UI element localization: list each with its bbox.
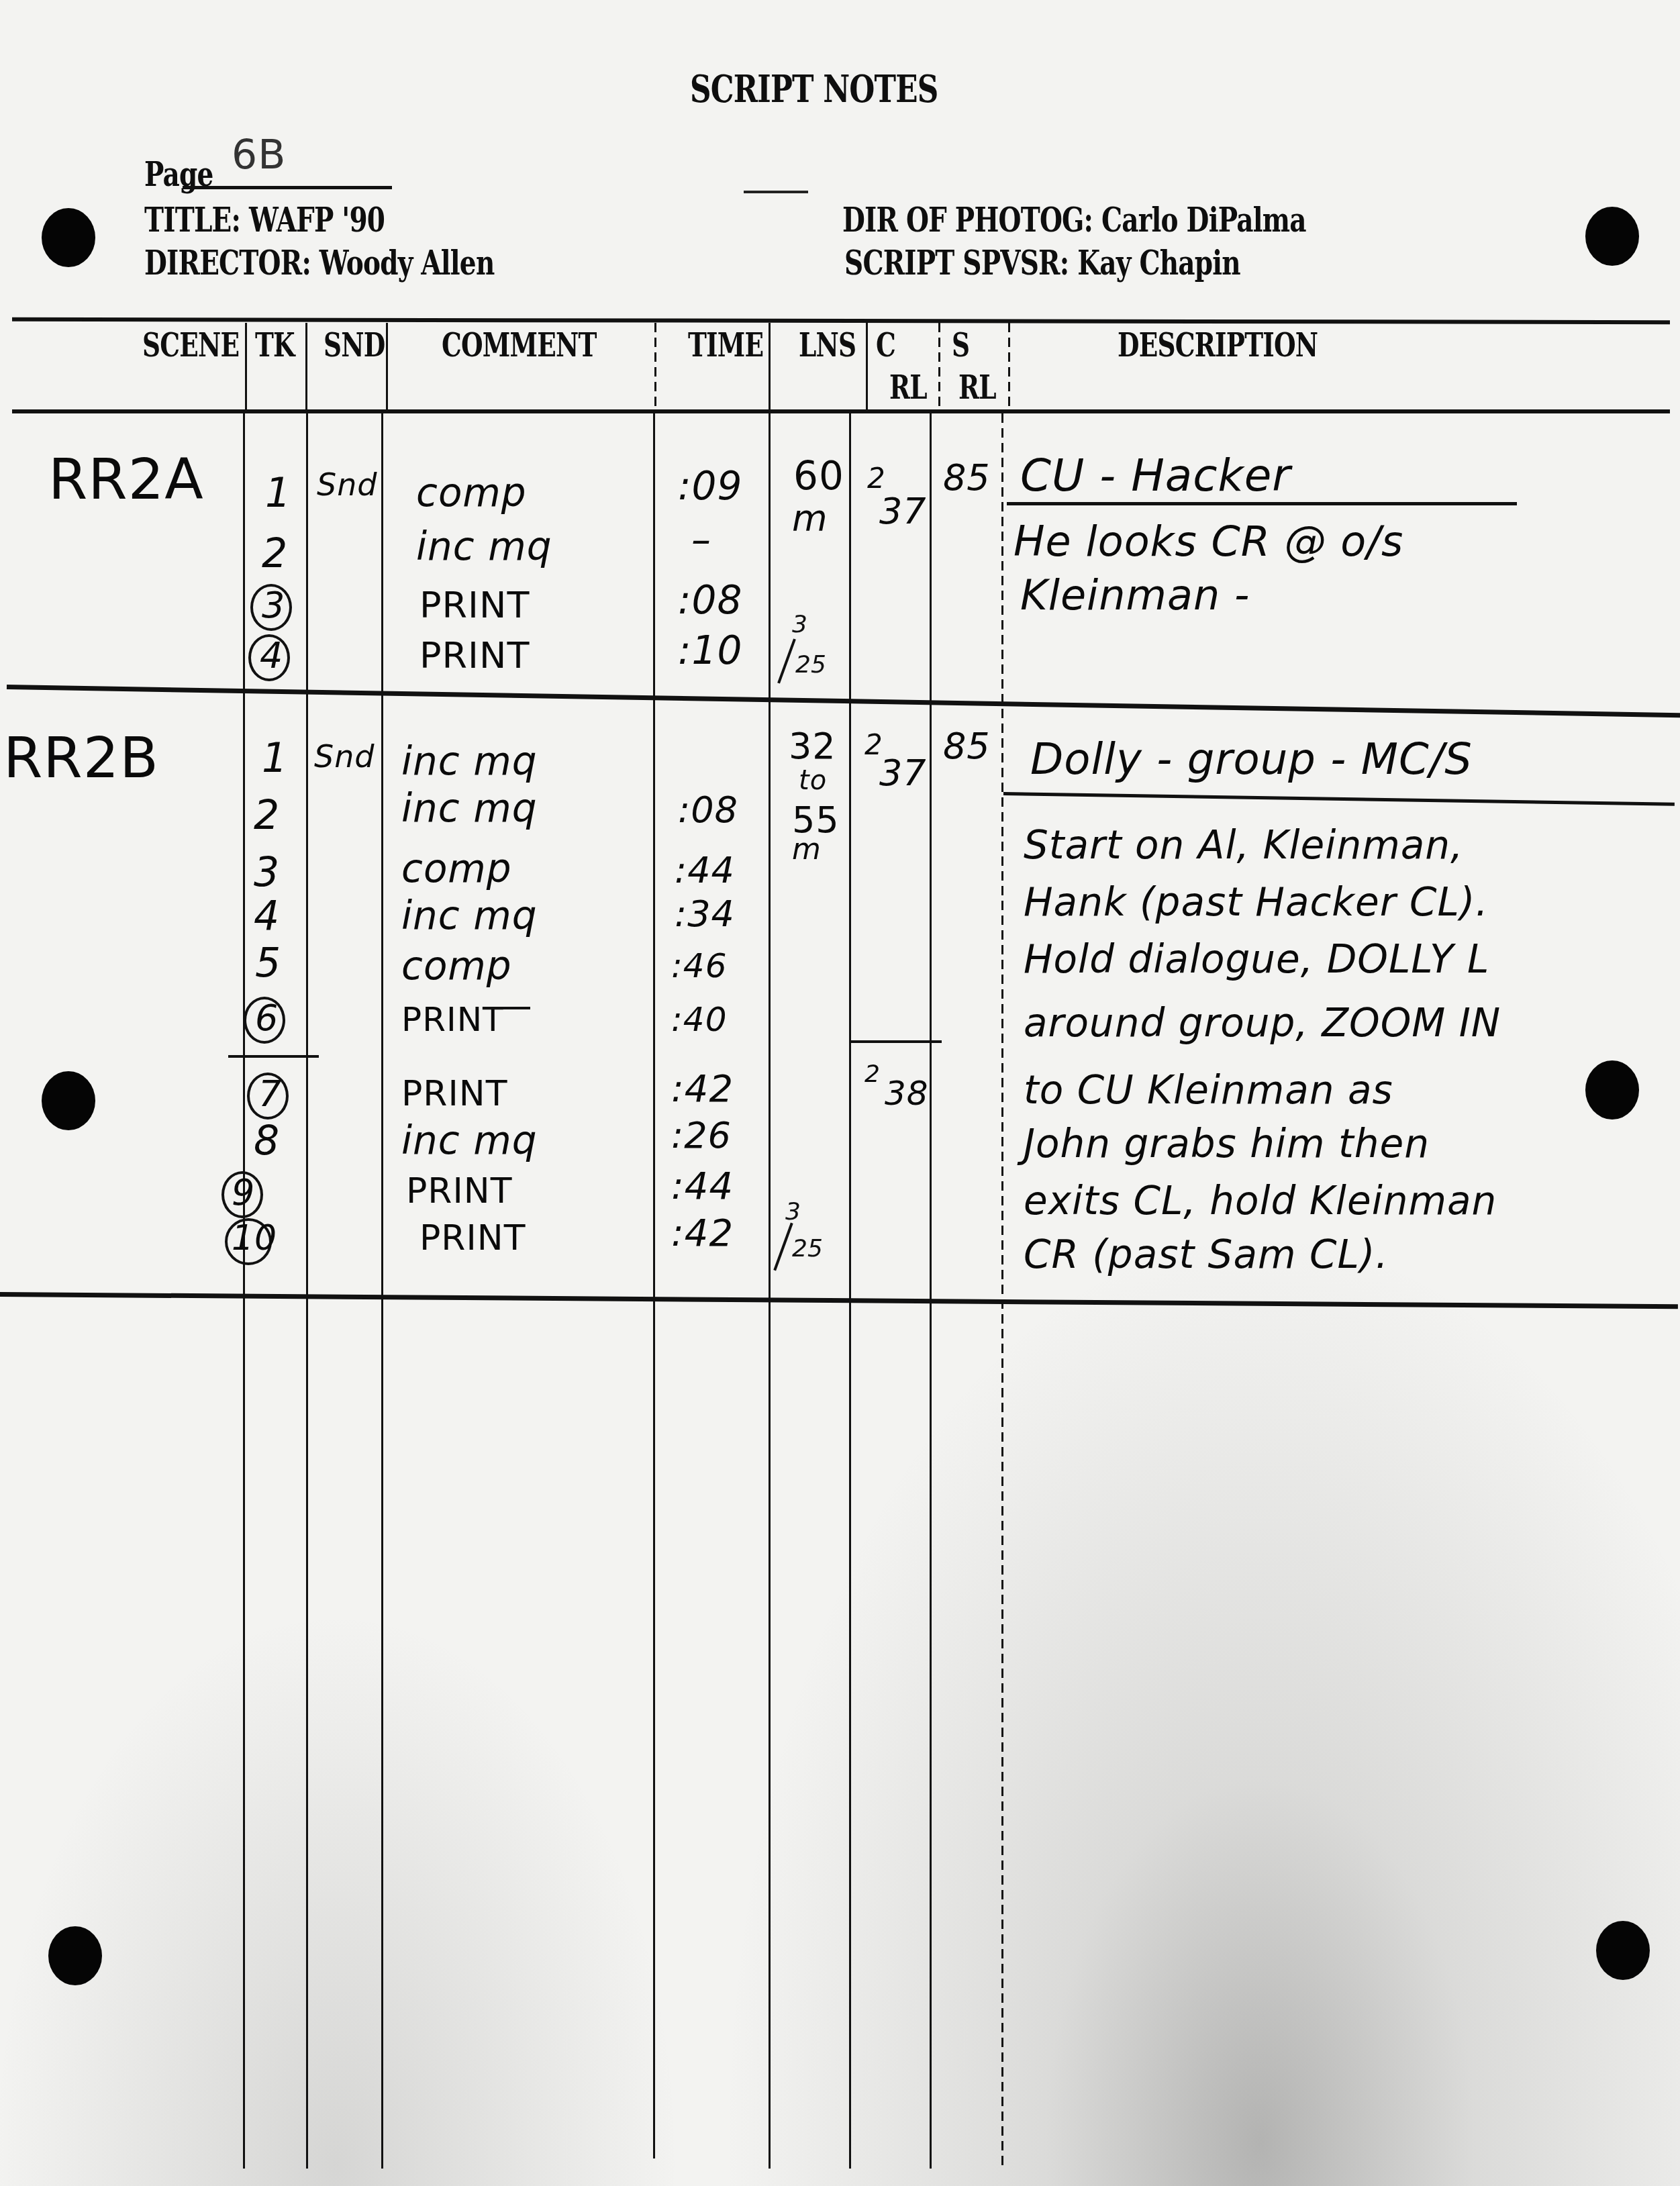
description-heading-underline: [1007, 502, 1517, 505]
punch-hole-mid-left: [42, 1071, 95, 1130]
take-time: :26: [671, 1114, 732, 1156]
col-divider-scene-take: [243, 413, 245, 2169]
take-comment: comp: [416, 470, 527, 515]
director-field: DIRECTOR: Woody Allen: [144, 243, 494, 283]
header-col-divider: [938, 323, 940, 410]
header-col-divider: [245, 323, 247, 410]
header-col-divider: [386, 323, 388, 410]
description-line: He looks CR @ o/s: [1014, 517, 1403, 566]
take-comment: PRINT: [419, 1218, 526, 1258]
comment-overline: [483, 1007, 530, 1009]
header-col-divider: [769, 323, 771, 410]
table-header-bottom-rule: [12, 409, 1670, 413]
director-value: Woody Allen: [319, 243, 495, 283]
take-comment: PRINT: [401, 1000, 504, 1039]
document-title: SCRIPT NOTES: [690, 67, 938, 111]
punch-hole-mid-right: [1585, 1060, 1639, 1120]
sound-mark: Snd: [317, 466, 378, 503]
col-divider-time-lens: [769, 413, 771, 2169]
lens-unit: m: [792, 497, 828, 539]
fraction-denominator: 25: [792, 1235, 823, 1262]
take-number: 6: [255, 997, 279, 1039]
fraction-numerator: 3: [792, 611, 807, 638]
title-label: TITLE:: [144, 200, 240, 240]
col-divider-sound-comment: [381, 413, 383, 2169]
take-comment: PRINT: [401, 1074, 508, 1114]
take-comment: inc mq: [401, 785, 538, 831]
dop-field: DIR OF PHOTOG: Carlo DiPalma: [842, 200, 1306, 240]
description-line: to CU Kleinman as: [1024, 1067, 1393, 1113]
take-comment: comp: [401, 943, 512, 989]
take-comment: comp: [401, 846, 512, 891]
description-line: Start on Al, Kleinman,: [1024, 822, 1463, 868]
take-time: :34: [675, 893, 735, 935]
punch-hole-top-right: [1585, 207, 1639, 266]
header-col-divider: [654, 323, 656, 410]
take-time: :42: [671, 1211, 734, 1255]
col-header-c-bottom: RL: [889, 369, 927, 407]
col-header-s-bottom: RL: [958, 369, 996, 407]
lens-value: 60: [793, 453, 844, 499]
take-comment: inc mq: [401, 738, 538, 784]
supervisor-label: SCRIPT SPVSR:: [844, 243, 1069, 283]
description-line: Hold dialogue, DOLLY L: [1024, 936, 1489, 982]
take-number: 10: [232, 1218, 277, 1258]
take-time: :46: [671, 946, 727, 985]
take-number: 7: [258, 1073, 282, 1115]
col-divider-sroll-description: [1001, 413, 1003, 2169]
take-number: 5: [255, 940, 281, 987]
take-comment: PRINT: [419, 634, 530, 677]
lens-value: 32: [789, 725, 836, 767]
camera-roll: 37: [879, 752, 927, 794]
description-heading: CU - Hacker: [1020, 450, 1291, 501]
take-comment: inc mq: [401, 893, 538, 938]
take-comment: PRINT: [419, 584, 530, 626]
take-number: 1: [265, 470, 291, 517]
header-col-divider: [866, 323, 868, 410]
description-heading: Dolly - group - MC/S: [1030, 735, 1473, 785]
col-header-scene: SCENE: [142, 327, 239, 364]
take-time: :10: [678, 628, 742, 673]
take-time: :09: [678, 463, 742, 509]
col-divider-lens-croll: [849, 413, 851, 2169]
camera-roll: 37: [879, 490, 927, 532]
take-number: 9: [232, 1171, 255, 1213]
take-comment: inc mq: [401, 1117, 538, 1163]
take-comment: inc mq: [416, 524, 552, 569]
col-divider-croll-sroll: [930, 413, 932, 2169]
take-time: :40: [671, 1000, 727, 1039]
take-time: :44: [671, 1164, 734, 1208]
description-line: John grabs him then: [1024, 1121, 1430, 1166]
take-number: 3: [254, 849, 280, 896]
supervisor-value: Kay Chapin: [1077, 243, 1240, 283]
col-header-lens: LNS: [799, 327, 856, 364]
col-divider-comment-time: [653, 413, 655, 2158]
col-header-time: TIME: [688, 327, 763, 364]
scene-id: RR2A: [48, 446, 204, 512]
col-header-s-top: S: [952, 327, 969, 364]
camera-roll-2: 38: [885, 1074, 929, 1113]
take-time: –: [691, 517, 711, 562]
fraction-denominator: 25: [795, 651, 826, 679]
supervisor-field: SCRIPT SPVSR: Kay Chapin: [844, 243, 1240, 283]
fraction-numerator: 3: [785, 1198, 801, 1226]
take-group-divider: [228, 1055, 319, 1058]
page-underline: [183, 186, 392, 189]
title-field: TITLE: WAFP '90: [144, 200, 385, 240]
sound-roll: 85: [943, 725, 991, 767]
header-col-divider: [1008, 323, 1010, 410]
title-value: WAFP '90: [249, 200, 385, 240]
sound-mark: Snd: [314, 738, 375, 775]
take-comment: PRINT: [406, 1171, 513, 1211]
dop-value: Carlo DiPalma: [1101, 200, 1306, 240]
col-header-c-top: C: [876, 327, 895, 364]
col-header-description: DESCRIPTION: [1118, 327, 1318, 364]
header-col-divider: [305, 323, 307, 410]
take-time: :08: [678, 789, 738, 831]
take-number: 4: [254, 893, 280, 940]
col-header-sound: SND: [324, 327, 385, 364]
description-line: exits CL, hold Kleinman: [1024, 1178, 1497, 1224]
col-header-comment: COMMENT: [442, 327, 596, 364]
sound-roll: 85: [943, 456, 991, 499]
take-number: 3: [262, 584, 285, 626]
take-time: :08: [678, 577, 742, 623]
dop-label: DIR OF PHOTOG:: [842, 200, 1093, 240]
col-header-take: TK: [255, 327, 295, 364]
stray-mark: [744, 191, 808, 193]
punch-hole-bottom-left: [48, 1926, 102, 1985]
take-number: 1: [262, 735, 288, 782]
description-line: around group, ZOOM IN: [1024, 1000, 1501, 1046]
page-value: 6B: [232, 132, 286, 179]
lens-unit: m: [792, 832, 822, 866]
camera-roll-2-sup: 2: [864, 1060, 881, 1088]
scene-id: RR2B: [3, 725, 159, 791]
take-number: 2: [262, 530, 288, 577]
take-number: 2: [254, 792, 280, 839]
description-line: Kleinman -: [1020, 570, 1250, 619]
take-time: :42: [671, 1067, 734, 1111]
lens-to: to: [799, 765, 827, 796]
take-number: 4: [260, 634, 283, 677]
col-divider-take-sound: [306, 413, 308, 2169]
director-label: DIRECTOR:: [144, 243, 311, 283]
punch-hole-top-left: [42, 208, 95, 267]
take-time: :44: [675, 849, 735, 891]
description-line: CR (past Sam CL).: [1024, 1232, 1389, 1277]
description-line: Hank (past Hacker CL).: [1024, 879, 1489, 925]
punch-hole-bottom-right: [1596, 1921, 1650, 1980]
camera-roll-change-line: [851, 1040, 942, 1043]
take-number: 8: [254, 1117, 280, 1164]
